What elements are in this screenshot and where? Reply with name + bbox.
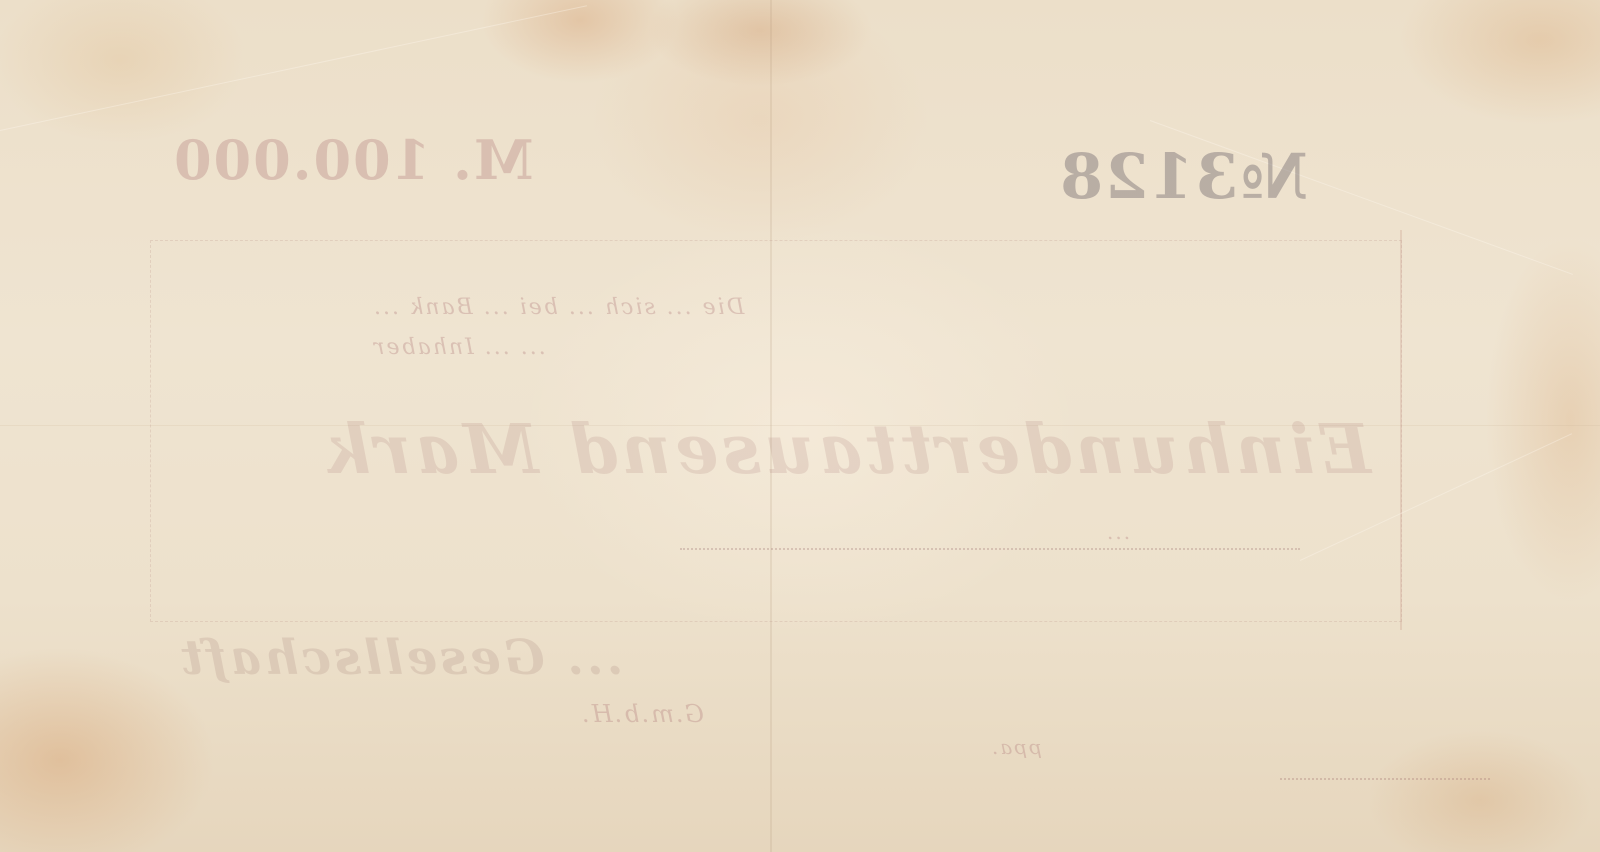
ppa-mirrored: ppa. — [990, 735, 1042, 759]
amount-in-words-mirrored: Einhunderttausend Mark — [320, 410, 1371, 490]
company-suffix-mirrored: G.m.b.H. — [580, 700, 704, 728]
body-text-line-2-mirrored: ... ... Inhaber — [372, 335, 546, 360]
serial-number-mirrored: №3128 — [1058, 140, 1308, 213]
banknote-reverse: M. 100.000 №3128 Die ... sich ... bei ..… — [0, 0, 1600, 852]
paper-wrinkle — [0, 5, 587, 131]
issuer-name-mirrored: ... Gesellschaft — [178, 630, 623, 686]
small-label-mirrored: ... — [1105, 520, 1130, 544]
bottom-dotted-line — [1280, 778, 1490, 780]
body-text-line-1-mirrored: Die ... sich ... bei ... Bank ... — [372, 295, 744, 320]
denomination-mirrored: M. 100.000 — [172, 128, 534, 192]
dotted-signature-line — [680, 548, 1300, 550]
